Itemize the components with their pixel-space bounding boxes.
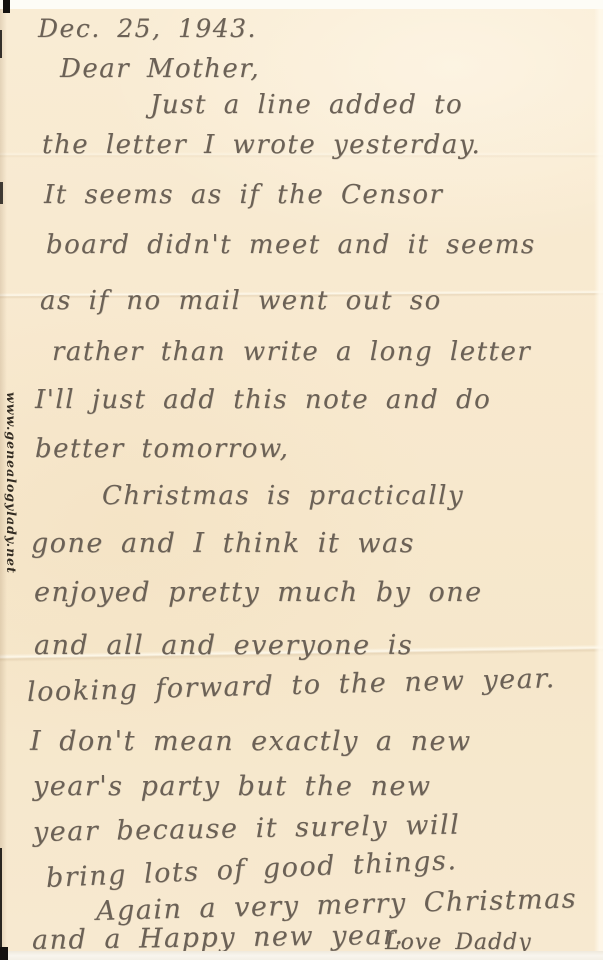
letter-line: I don't mean exactly a new <box>30 726 472 758</box>
letter-line: Christmas is practically <box>102 481 464 512</box>
letter-line: rather than write a long letter <box>52 337 531 368</box>
letter-line: I'll just add this note and do <box>35 385 491 416</box>
salutation-line: Dear Mother, <box>60 54 260 85</box>
letter-line: gone and I think it was <box>31 528 415 560</box>
date-line: Dec. 25, 1943. <box>38 14 257 44</box>
letter-line: year's party but the new <box>33 771 431 803</box>
letter-line: It seems as if the Censor <box>44 180 443 211</box>
letter-line: as if no mail went out so <box>40 286 442 317</box>
scanner-artifact <box>0 182 3 204</box>
scanner-artifact <box>0 30 2 58</box>
letter-line: enjoyed pretty much by one <box>34 577 483 609</box>
letter-line: board didn't meet and it seems <box>46 230 536 261</box>
scanner-artifact <box>3 0 10 13</box>
scanner-strip-top <box>0 0 603 9</box>
letter-line: better tomorrow, <box>35 434 289 465</box>
scanner-strip-bottom <box>0 951 603 960</box>
letter-line: Just a line added to <box>150 90 463 121</box>
watermark-text: www.genealogylady.net <box>4 392 19 592</box>
paper-edge-highlight <box>594 9 603 952</box>
scanned-letter: www.genealogylady.net Dec. 25, 1943. Dea… <box>0 0 603 960</box>
scanner-artifact <box>0 848 2 952</box>
letter-line: and all and everyone is <box>34 630 413 662</box>
letter-line: the letter I wrote yesterday. <box>42 130 481 161</box>
